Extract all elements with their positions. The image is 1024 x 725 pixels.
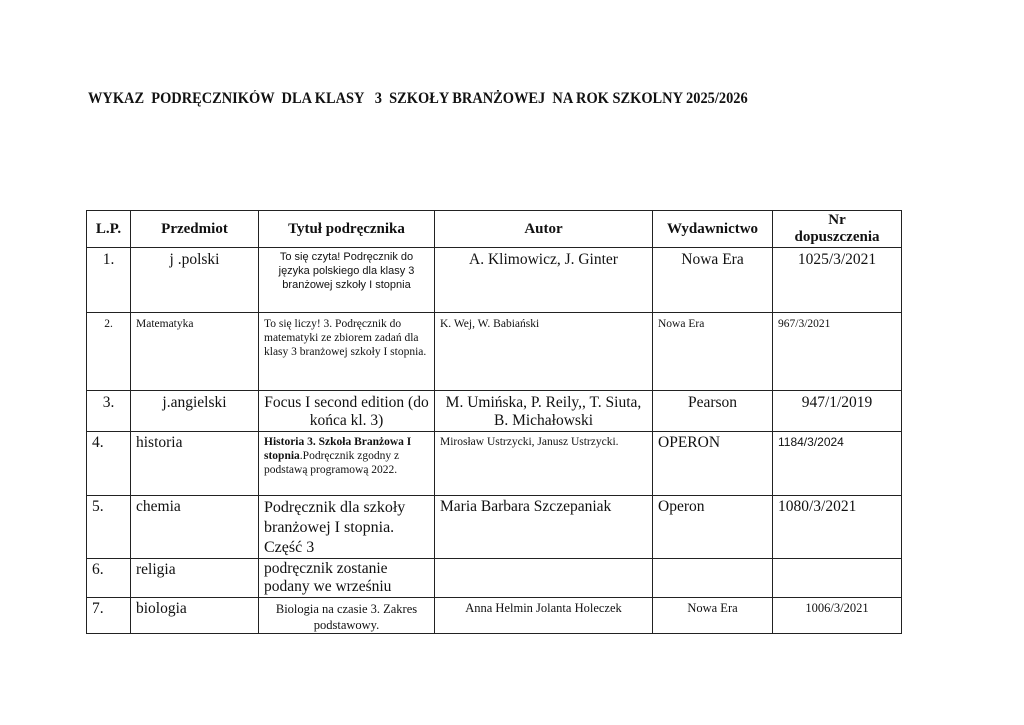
cell-lp: 3.	[87, 391, 131, 432]
header-lp: L.P.	[87, 211, 131, 248]
header-subject: Przedmiot	[131, 211, 259, 248]
table-row: 5. chemia Podręcznik dla szkoły branżowe…	[87, 496, 902, 559]
cell-lp: 2.	[87, 313, 131, 391]
cell-lp: 5.	[87, 496, 131, 559]
cell-book-title: To się liczy! 3. Podręcznik do matematyk…	[259, 313, 435, 391]
cell-author: M. Umińska, P. Reily,, T. Siuta, B. Mich…	[435, 391, 653, 432]
cell-publisher: Nowa Era	[653, 248, 773, 313]
cell-lp: 7.	[87, 598, 131, 634]
cell-lp: 1.	[87, 248, 131, 313]
cell-subject: religia	[131, 559, 259, 598]
header-author: Autor	[435, 211, 653, 248]
cell-author: Mirosław Ustrzycki, Janusz Ustrzycki.	[435, 432, 653, 496]
cell-approval: 1080/3/2021	[773, 496, 902, 559]
cell-author: A. Klimowicz, J. Ginter	[435, 248, 653, 313]
cell-author: K. Wej, W. Babiański	[435, 313, 653, 391]
cell-subject: Matematyka	[131, 313, 259, 391]
cell-approval: 967/3/2021	[773, 313, 902, 391]
cell-approval: 1184/3/2024	[773, 432, 902, 496]
cell-publisher: Pearson	[653, 391, 773, 432]
header-publisher: Wydawnictwo	[653, 211, 773, 248]
cell-subject: chemia	[131, 496, 259, 559]
cell-lp: 4.	[87, 432, 131, 496]
cell-book-title: Biologia na czasie 3. Zakres podstawowy.	[259, 598, 435, 634]
cell-author: Maria Barbara Szczepaniak	[435, 496, 653, 559]
cell-book-title: To się czyta! Podręcznik do języka polsk…	[259, 248, 435, 313]
table-header-row: L.P. Przedmiot Tytuł podręcznika Autor W…	[87, 211, 902, 248]
cell-publisher: Nowa Era	[653, 598, 773, 634]
cell-lp: 6.	[87, 559, 131, 598]
cell-subject: biologia	[131, 598, 259, 634]
cell-author	[435, 559, 653, 598]
header-approval: Nr dopuszczenia	[773, 211, 902, 248]
cell-approval	[773, 559, 902, 598]
cell-publisher	[653, 559, 773, 598]
document-title: WYKAZ PODRĘCZNIKÓW DLA KLASY 3 SZKOŁY BR…	[88, 90, 748, 108]
cell-approval: 1025/3/2021	[773, 248, 902, 313]
cell-book-title: Podręcznik dla szkoły branżowej I stopni…	[259, 496, 435, 559]
cell-author: Anna Helmin Jolanta Holeczek	[435, 598, 653, 634]
textbook-table: L.P. Przedmiot Tytuł podręcznika Autor W…	[86, 210, 902, 634]
cell-publisher: Nowa Era	[653, 313, 773, 391]
cell-approval: 1006/3/2021	[773, 598, 902, 634]
cell-book-title: Focus I second edition (do końca kl. 3)	[259, 391, 435, 432]
cell-publisher: Operon	[653, 496, 773, 559]
table-row: 2. Matematyka To się liczy! 3. Podręczni…	[87, 313, 902, 391]
table-row: 3. j.angielski Focus I second edition (d…	[87, 391, 902, 432]
cell-subject: j.angielski	[131, 391, 259, 432]
cell-subject: historia	[131, 432, 259, 496]
cell-book-title: podręcznik zostanie podany we wrześniu	[259, 559, 435, 598]
table-row: 6. religia podręcznik zostanie podany we…	[87, 559, 902, 598]
header-book-title: Tytuł podręcznika	[259, 211, 435, 248]
header-approval-line2: dopuszczenia	[794, 229, 879, 245]
cell-subject: j .polski	[131, 248, 259, 313]
table-row: 1. j .polski To się czyta! Podręcznik do…	[87, 248, 902, 313]
cell-publisher: OPERON	[653, 432, 773, 496]
table-row: 7. biologia Biologia na czasie 3. Zakres…	[87, 598, 902, 634]
cell-book-title: Historia 3. Szkoła Branżowa I stopnia.Po…	[259, 432, 435, 496]
table-row: 4. historia Historia 3. Szkoła Branżowa …	[87, 432, 902, 496]
cell-approval: 947/1/2019	[773, 391, 902, 432]
header-approval-line1: Nr	[828, 212, 846, 228]
